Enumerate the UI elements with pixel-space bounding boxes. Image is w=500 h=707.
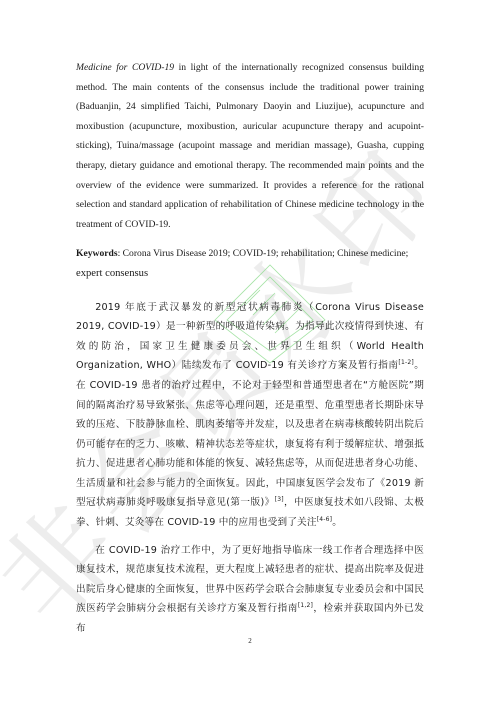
body-text: 2019 年底于武汉暴发的新型冠状病毒肺炎（Corona Virus Disea… — [76, 302, 424, 372]
body-paragraph-2: 在 COVID-19 治疗工作中，为了更好地指导临床一线工作者合理选择中医康复技… — [76, 541, 424, 639]
abstract-paragraph: Medicine for COVID-19 in light of the in… — [76, 58, 424, 234]
citation: [4-6] — [317, 516, 332, 523]
page-number: 2 — [0, 637, 500, 645]
abstract-text: in light of the internationally recogniz… — [76, 62, 424, 230]
keywords-text: : Corona Virus Disease 2019; COVID-19; r… — [118, 248, 409, 259]
body-text: 。 — [332, 517, 342, 528]
abstract-title-italic: Medicine for COVID-19 — [76, 62, 174, 73]
keywords-paragraph: Keywords: Corona Virus Disease 2019; COV… — [76, 244, 424, 283]
citation: [1,2] — [298, 602, 313, 609]
body-text: 。在 COVID-19 患者的治疗过程中，不论对于轻型和普通型患者在“方舱医院”… — [76, 360, 424, 508]
keywords-label: Keywords — [76, 248, 118, 259]
citation: [1-2] — [398, 359, 413, 366]
keywords-text-last: expert consensus — [76, 268, 148, 279]
document-page: 非会员水印 Medicine for COVID-19 in light of … — [0, 0, 500, 707]
citation: [3] — [275, 496, 284, 503]
body-paragraph-1: 2019 年底于武汉暴发的新型冠状病毒肺炎（Corona Virus Disea… — [76, 298, 424, 533]
page-content: Medicine for COVID-19 in light of the in… — [76, 58, 424, 639]
